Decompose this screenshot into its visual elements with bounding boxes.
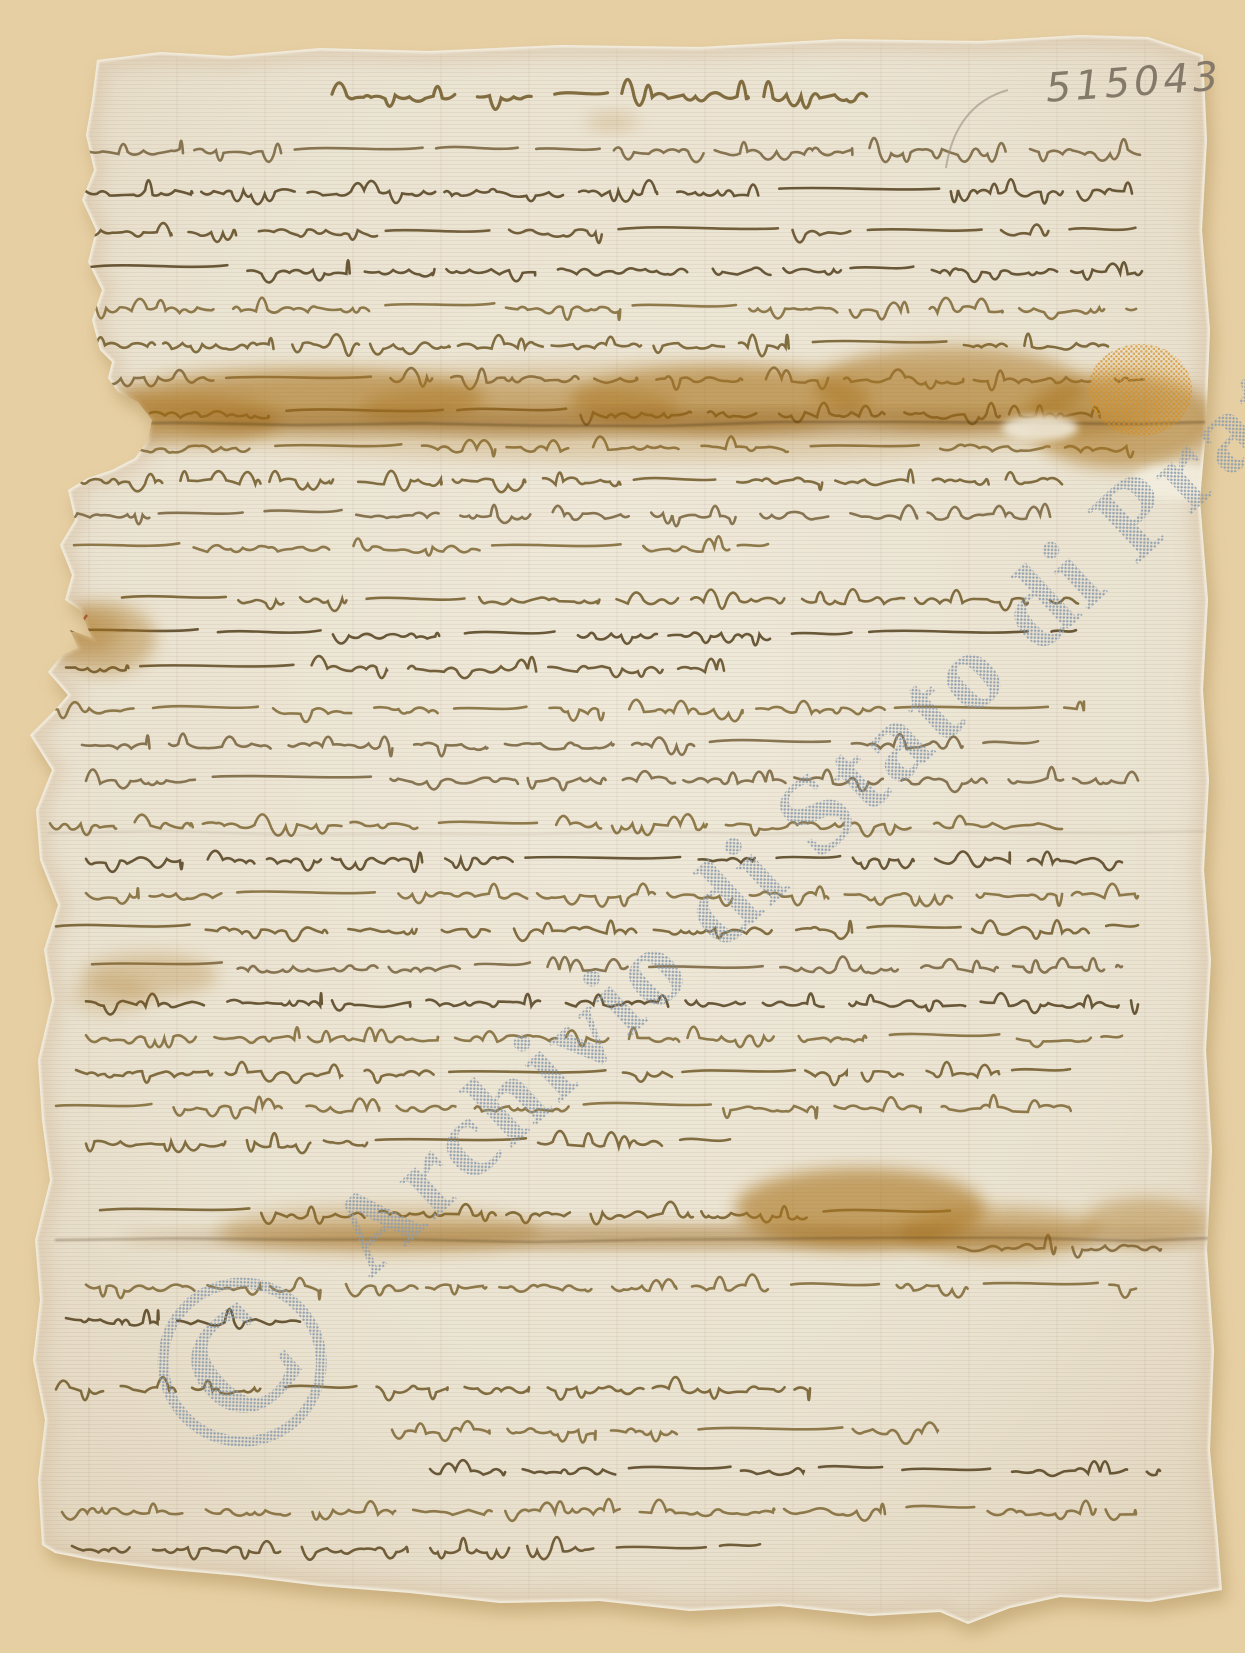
torn-hole [1002,415,1078,441]
scanned-letter: 515043 © Archivio di Stato di Prato [0,0,1245,1653]
ink-stain [586,113,638,131]
ink-stain [130,362,1170,462]
watermark-over-stain [1088,344,1192,436]
ink-stain [72,977,152,1013]
ink-stain [120,1230,1240,1246]
scan-image: 515043 © Archivio di Stato di Prato [0,0,1245,1653]
